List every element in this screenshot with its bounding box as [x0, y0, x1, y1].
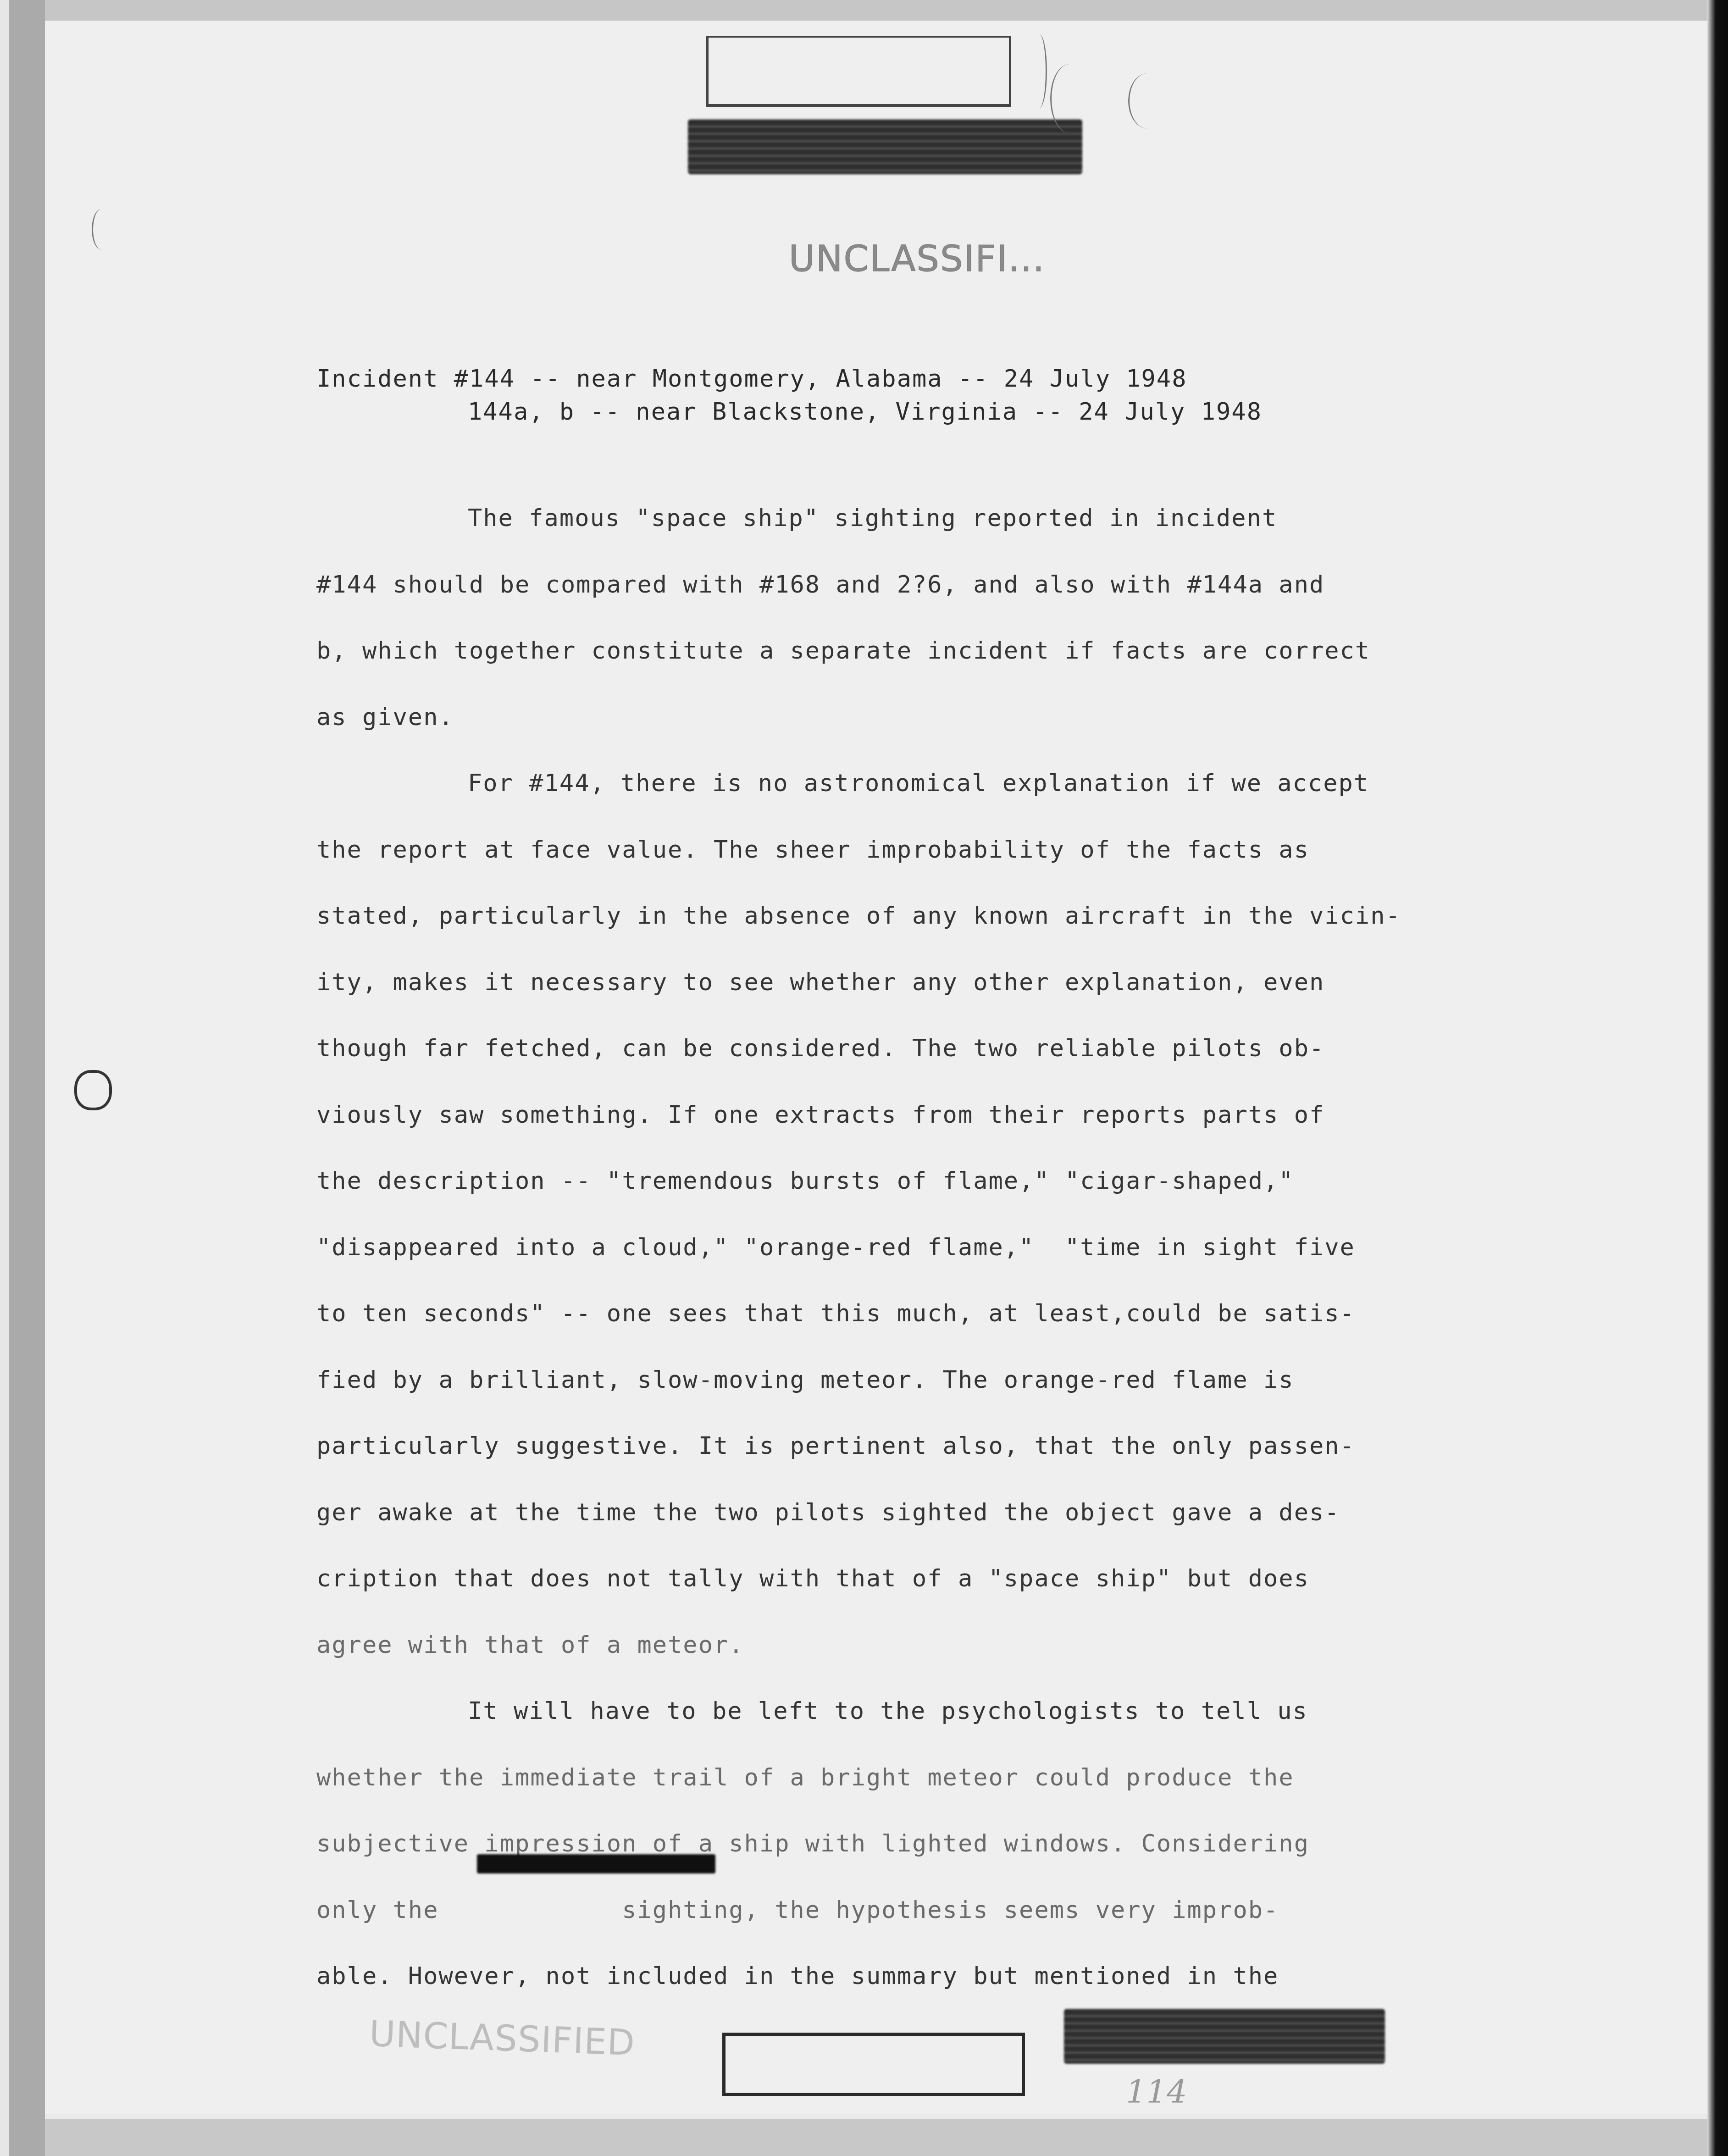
top-redaction-smear	[688, 119, 1082, 174]
body-line: the report at face value. The sheer impr…	[316, 817, 1401, 883]
inline-redaction-bar	[477, 1854, 715, 1873]
classification-stamp-top: UNCLASSIFI...	[789, 238, 1045, 280]
body-line: the description -- "tremendous bursts of…	[316, 1148, 1401, 1214]
body-line: though far fetched, can be considered. T…	[316, 1015, 1401, 1082]
body-line: "disappeared into a cloud," "orange-red …	[316, 1214, 1401, 1281]
body-line: whether the immediate trail of a bright …	[316, 1745, 1401, 1811]
bottom-stamp-box	[722, 2033, 1025, 2096]
margin-mark	[1128, 73, 1166, 128]
heading-line-2: 144a, b -- near Blackstone, Virginia -- …	[316, 395, 1262, 428]
margin-mark	[1032, 34, 1047, 108]
body-line-redacted: only the sighting, the hypothesis seems …	[316, 1877, 1401, 1944]
punch-hole-mark	[74, 1070, 112, 1110]
body-line: The famous "space ship" sighting reporte…	[316, 485, 1401, 552]
scan-margin	[0, 0, 9, 2156]
heading-line-1: Incident #144 -- near Montgomery, Alabam…	[316, 362, 1262, 395]
body-line: stated, particularly in the absence of a…	[316, 883, 1401, 949]
body-line: It will have to be left to the psycholog…	[316, 1678, 1401, 1745]
document-body: The famous "space ship" sighting reporte…	[316, 485, 1401, 2010]
body-line: viously saw something. If one extracts f…	[316, 1082, 1401, 1148]
margin-mark	[1050, 64, 1088, 133]
scan-right-edge	[1707, 0, 1728, 2156]
body-line: ger awake at the time the two pilots sig…	[316, 1480, 1401, 1546]
body-line: fied by a brilliant, slow-moving meteor.…	[316, 1347, 1401, 1413]
top-stamp-box	[706, 36, 1011, 107]
body-line: particularly suggestive. It is pertinent…	[316, 1413, 1401, 1480]
body-line: ity, makes it necessary to see whether a…	[316, 949, 1401, 1016]
body-line: as given.	[316, 684, 1401, 751]
body-line: b, which together constitute a separate …	[316, 618, 1401, 684]
page-number: 114	[1126, 2073, 1187, 2111]
body-line: For #144, there is no astronomical expla…	[316, 750, 1401, 817]
document-heading: Incident #144 -- near Montgomery, Alabam…	[316, 362, 1262, 428]
bottom-redaction-smear	[1064, 2009, 1385, 2064]
body-line: cription that does not tally with that o…	[316, 1546, 1401, 1612]
scan-top-band	[45, 0, 1707, 21]
body-line: to ten seconds" -- one sees that this mu…	[316, 1280, 1401, 1347]
scan-left-strip	[9, 0, 45, 2156]
body-line: able. However, not included in the summa…	[316, 1943, 1401, 2010]
scan-bottom-band	[45, 2119, 1707, 2156]
body-line: #144 should be compared with #168 and 2?…	[316, 552, 1401, 618]
body-line: agree with that of a meteor.	[316, 1612, 1401, 1679]
margin-mark	[92, 209, 111, 250]
